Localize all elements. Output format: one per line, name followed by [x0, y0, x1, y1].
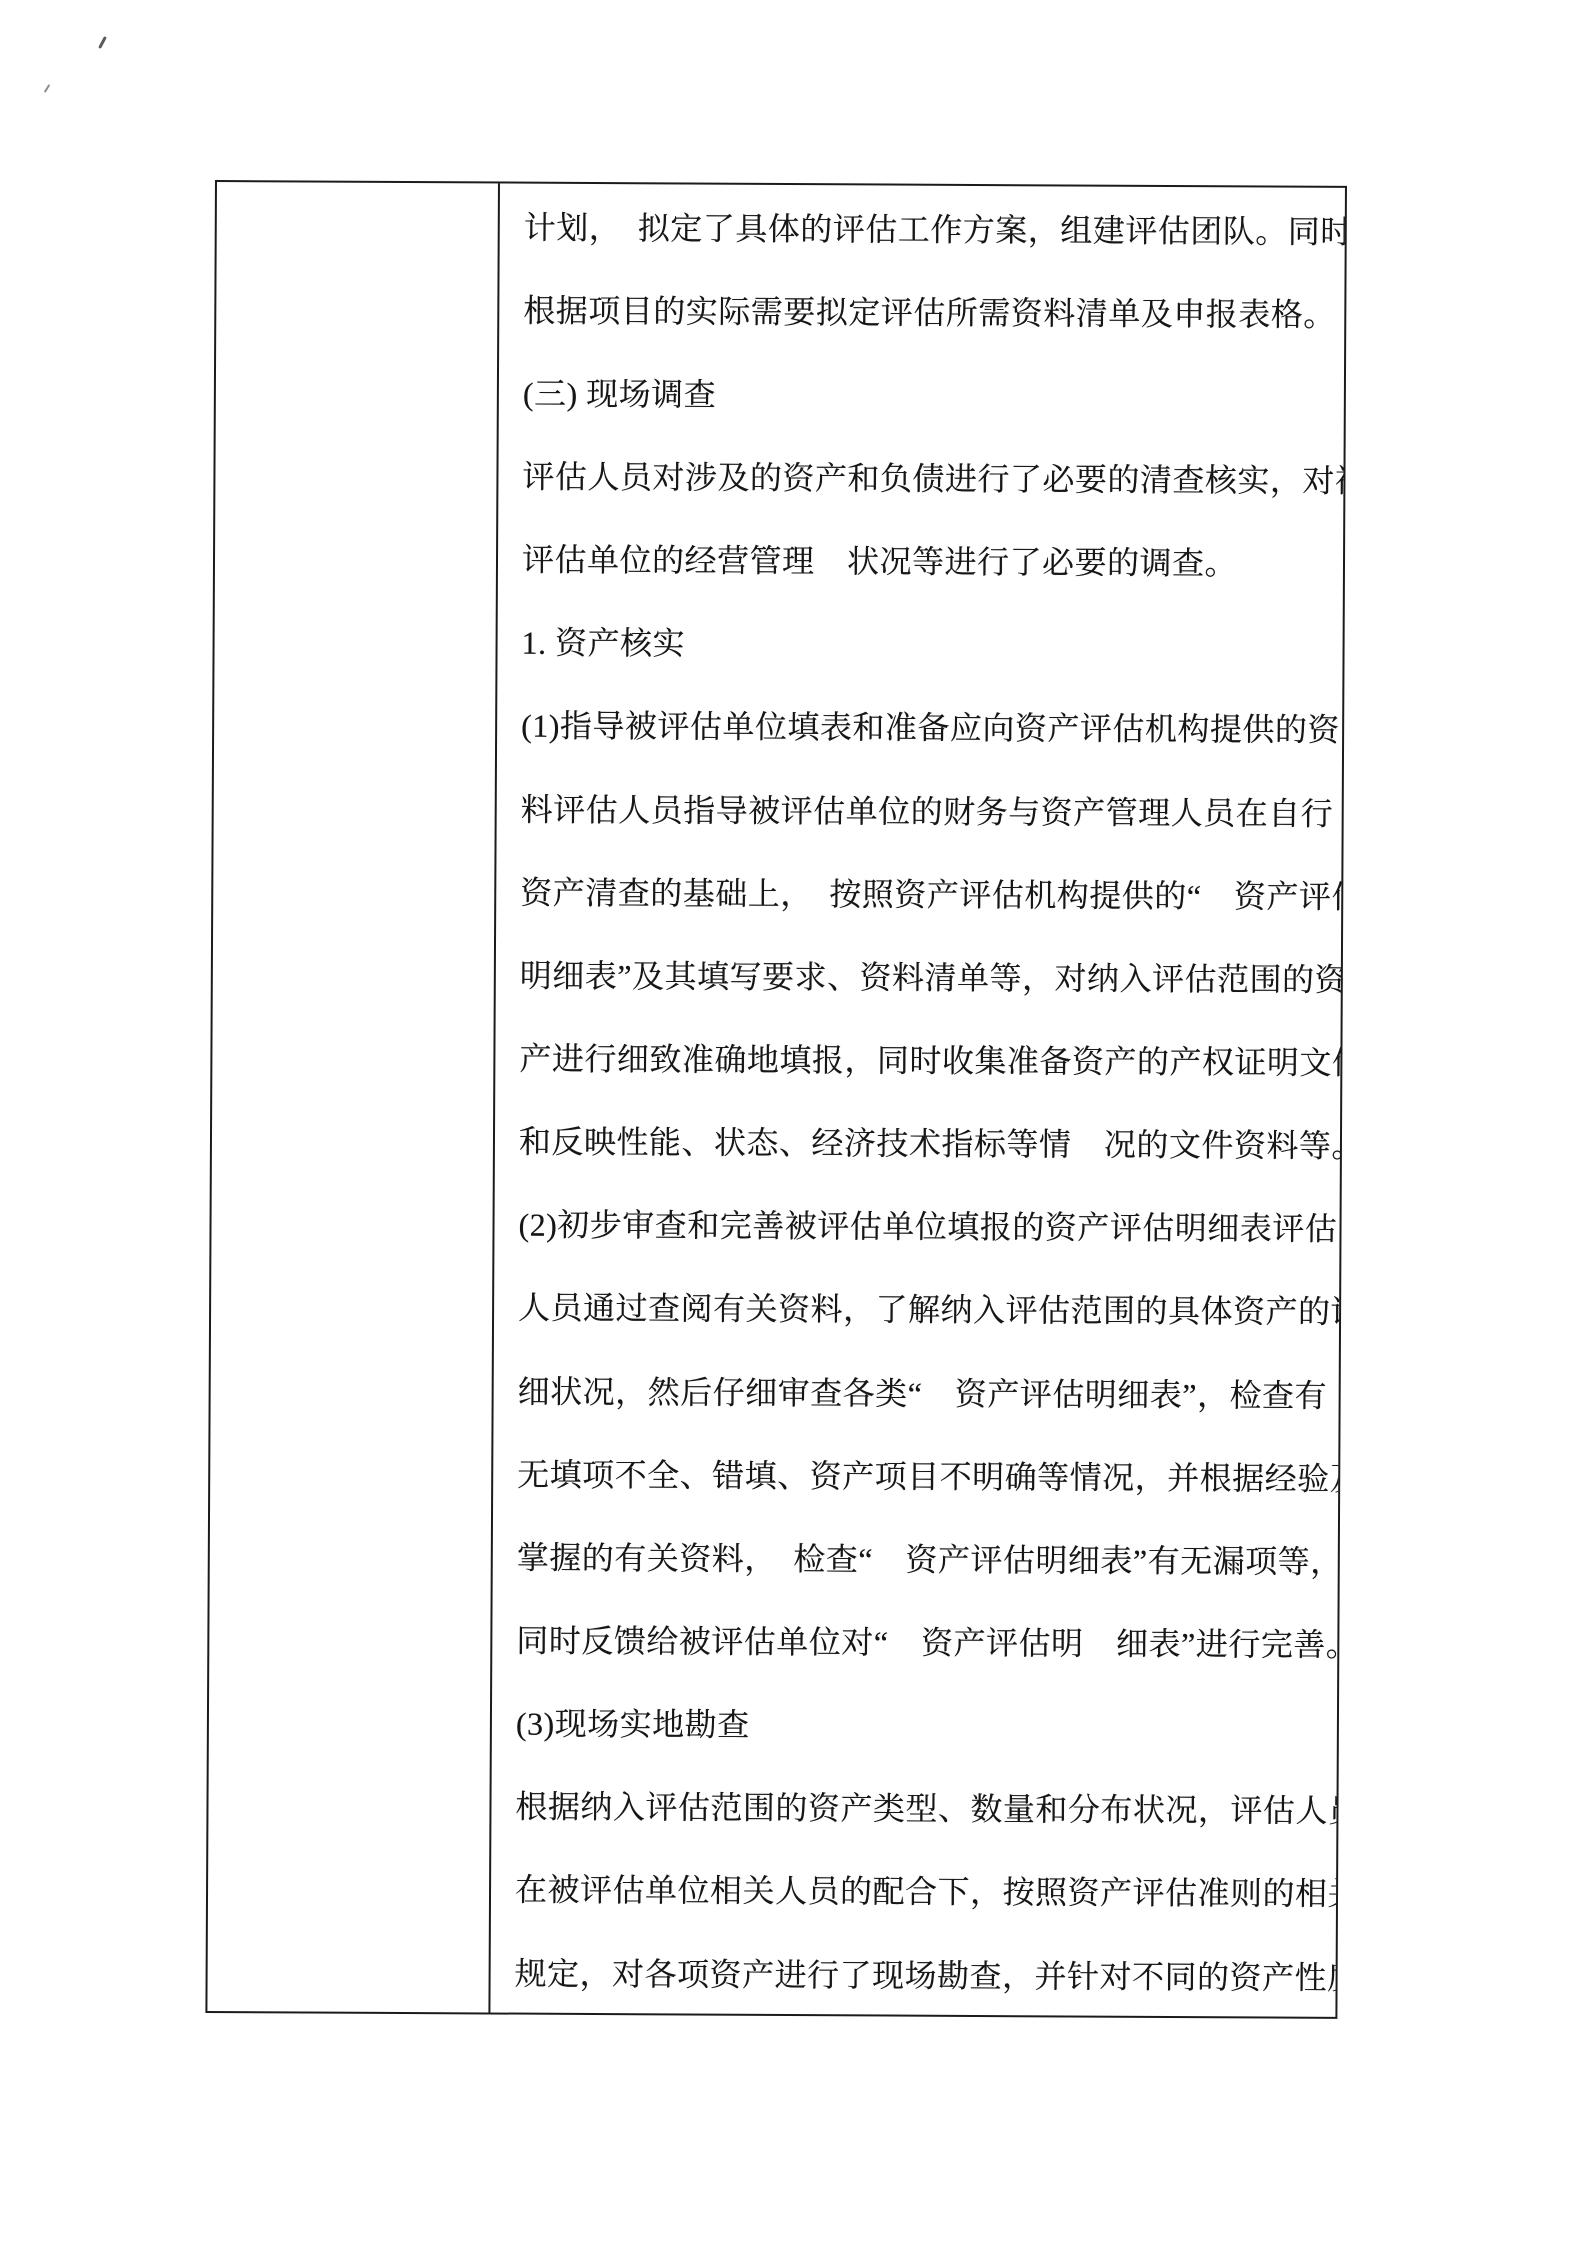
text-line: 明细表”及其填写要求、资料清单等，对纳入评估范围的资 — [496, 932, 1341, 1020]
text-line: 无填项不全、错填、资产项目不明确等情况，并根据经验及 — [493, 1431, 1338, 1519]
text-line: 评估单位的经营管理 状况等进行了必要的调查。 — [498, 516, 1343, 604]
text-line: 人员通过查阅有关资料，了解纳入评估范围的具体资产的详 — [494, 1264, 1339, 1352]
text-line: (2)初步审查和完善被评估单位填报的资产评估明细表评估 — [494, 1181, 1339, 1269]
text-line: 1. 资产核实 — [497, 599, 1342, 687]
text-line: 计划， 拟定了具体的评估工作方案，组建评估团队。同时， — [500, 183, 1345, 271]
text-line: 规定，对各项资产进行了现场勘查，并针对不同的资产性质 — [490, 1929, 1335, 2016]
text-line: 掌握的有关资料， 检查“ 资产评估明细表”有无漏项等， — [493, 1514, 1338, 1602]
report-table: 计划， 拟定了具体的评估工作方案，组建评估团队。同时， 根据项目的实际需要拟定评… — [205, 180, 1347, 2019]
text-line: (三) 现场调查 — [499, 350, 1344, 438]
text-line: 产进行细致准确地填报，同时收集准备资产的产权证明文件 — [495, 1015, 1340, 1103]
table-right-column: 计划， 拟定了具体的评估工作方案，组建评估团队。同时， 根据项目的实际需要拟定评… — [490, 183, 1345, 2016]
text-line: 资产清查的基础上， 按照资产评估机构提供的“ 资产评估 — [496, 849, 1341, 937]
document-page: 计划， 拟定了具体的评估工作方案，组建评估团队。同时， 根据项目的实际需要拟定评… — [0, 0, 1587, 2245]
text-line: (3)现场实地勘查 — [492, 1680, 1337, 1768]
text-line: 和反映性能、状态、经济技术指标等情 况的文件资料等。 — [495, 1098, 1340, 1186]
text-line: 在被评估单位相关人员的配合下，按照资产评估准则的相关 — [491, 1846, 1336, 1934]
text-line: 细状况，然后仔细审查各类“ 资产评估明细表”，检查有 — [493, 1347, 1338, 1435]
text-line: 评估人员对涉及的资产和负债进行了必要的清查核实，对被 — [498, 433, 1343, 521]
text-line: 根据项目的实际需要拟定评估所需资料清单及申报表格。 — [499, 267, 1344, 355]
text-line: 料评估人员指导被评估单位的财务与资产管理人员在自行 — [497, 765, 1342, 853]
text-line: 同时反馈给被评估单位对“ 资产评估明 细表”进行完善。 — [492, 1597, 1337, 1685]
table-left-column-empty — [207, 182, 500, 2012]
scan-speck — [98, 36, 107, 49]
text-line: (1)指导被评估单位填表和准备应向资产评估机构提供的资 — [497, 682, 1342, 770]
scan-speck — [44, 84, 50, 93]
text-line: 根据纳入评估范围的资产类型、数量和分布状况，评估人员 — [491, 1763, 1336, 1851]
